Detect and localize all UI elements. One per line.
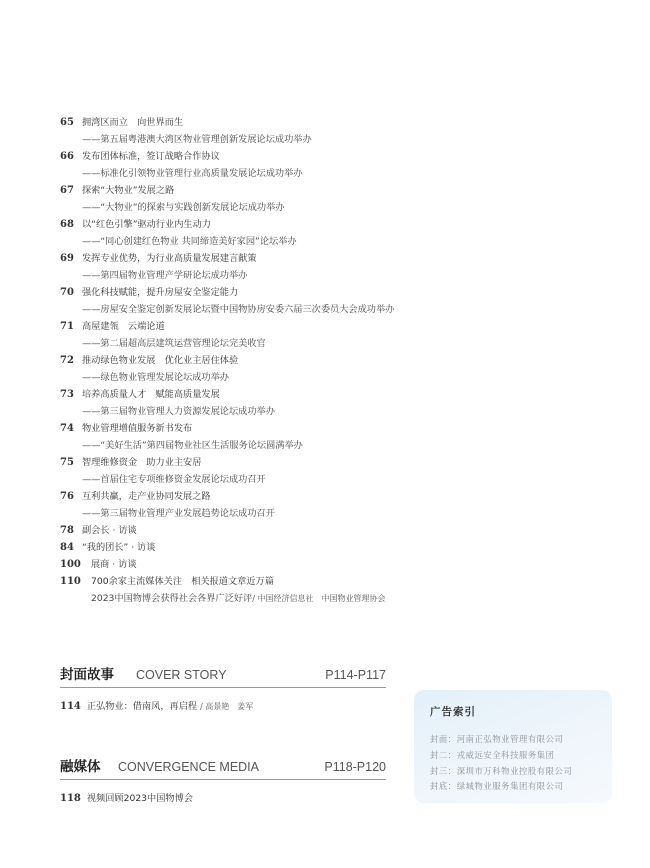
cover-story-item[interactable]: 114正弘物业：借南风，再启程 / 高景艳 姜军 [60, 698, 386, 712]
page-number: 78 [60, 522, 74, 539]
toc-entry[interactable]: 65拥湾区而立 向世界而生 [60, 114, 420, 131]
entry-title: 发挥专业优势，为行业高质量发展建言献策 [82, 250, 257, 267]
section-title-en: CONVERGENCE MEDIA [118, 760, 259, 774]
entry-title: 副会长 · 访谈 [82, 522, 137, 539]
entry-subtitle: ——绿色物业管理发展论坛成功举办 [82, 372, 229, 383]
toc-subtitle-row: ——“大物业”的探索与实践创新发展论坛成功举办 [60, 199, 420, 216]
entry-title: 物业管理增值服务新书发布 [82, 420, 192, 437]
entry-title: 强化科技赋能，提升房屋安全鉴定能力 [82, 284, 238, 301]
entry-title: 互利共赢，走产业协同发展之路 [82, 488, 211, 505]
toc-subtitle-row: ——“美好生活”第四届物业社区生活服务论坛圆满举办 [60, 437, 420, 454]
entry-title: 拥湾区而立 向世界而生 [82, 114, 183, 131]
page-number: 68 [60, 216, 74, 233]
toc-subtitle-row: ——首届住宅专项维修资金发展论坛成功召开 [60, 471, 420, 488]
entry-subtitle: ——第三届物业管理人力资源发展论坛成功举办 [82, 406, 275, 417]
entry-title: 以“红色引擎”驱动行业内生动力 [82, 216, 211, 233]
toc-entry[interactable]: 66发布团体标准，签订战略合作协议 [60, 148, 420, 165]
entry-subtitle: ——首届住宅专项维修资金发展论坛成功召开 [82, 474, 266, 485]
page-number: 69 [60, 250, 74, 267]
section-pages: P118-P120 [324, 760, 386, 774]
toc-entry[interactable]: 68以“红色引擎”驱动行业内生动力 [60, 216, 420, 233]
entry-subtitle: 2023中国物博会获得社会各界广泛好评 [91, 593, 252, 604]
entry-subtitle: ——第五届粤港澳大湾区物业管理创新发展论坛成功举办 [82, 134, 312, 145]
entry-title: 智理维修资金 助力业主安居 [82, 454, 201, 471]
ad-index-item: 封三：深圳市万科物业控股有限公司 [430, 764, 572, 780]
entry-title: 展商 · 访谈 [91, 556, 137, 573]
convergence-media-header: 融媒体 CONVERGENCE MEDIA P118-P120 [60, 755, 386, 780]
toc-entry[interactable]: 78副会长 · 访谈 [60, 522, 420, 539]
entry-title: 探索“大物业”发展之路 [82, 182, 174, 199]
page-number: 110 [60, 573, 81, 590]
entry-subtitle: ——标准化引领物业管理行业高质量发展论坛成功举办 [82, 168, 303, 179]
article-author: / 高景艳 姜军 [200, 702, 253, 711]
table-of-contents: 65拥湾区而立 向世界而生——第五届粤港澳大湾区物业管理创新发展论坛成功举办66… [60, 114, 420, 607]
cover-story-section: 封面故事 COVER STORY P114-P117 114正弘物业：借南风，再… [60, 663, 386, 712]
entry-title: 700余家主流媒体关注 相关报道文章近万篇 [91, 573, 274, 590]
page-number: 100 [60, 556, 81, 573]
toc-subtitle-row: ——第五届粤港澳大湾区物业管理创新发展论坛成功举办 [60, 131, 420, 148]
page-number: 73 [60, 386, 74, 403]
page-number: 74 [60, 420, 74, 437]
toc-entry[interactable]: 84“我的团长” · 访谈 [60, 539, 420, 556]
toc-entry[interactable]: 73培养高质量人才 赋能高质量发展 [60, 386, 420, 403]
page-number: 84 [60, 539, 74, 556]
entry-subtitle: ——“大物业”的探索与实践创新发展论坛成功举办 [82, 202, 284, 213]
entry-subtitle: ——“同心创建红色物业 共同缔造美好家园”论坛举办 [82, 236, 297, 247]
ad-index-list: 封面：河南正弘物业管理有限公司 封二：戎威远安全科技服务集团 封三：深圳市万科物… [430, 732, 572, 795]
toc-entry[interactable]: 76互利共赢，走产业协同发展之路 [60, 488, 420, 505]
article-title: 正弘物业：借南风，再启程 [87, 701, 197, 712]
toc-subtitle-row: ——标准化引领物业管理行业高质量发展论坛成功举办 [60, 165, 420, 182]
entry-subtitle: ——“美好生活”第四届物业社区生活服务论坛圆满举办 [82, 440, 303, 451]
ad-index-title: 广告索引 [430, 704, 476, 719]
page-number: 70 [60, 284, 74, 301]
entry-title: 发布团体标准，签订战略合作协议 [82, 148, 220, 165]
toc-subtitle-row: ——“同心创建红色物业 共同缔造美好家园”论坛举办 [60, 233, 420, 250]
ad-index-item: 封面：河南正弘物业管理有限公司 [430, 732, 572, 748]
toc-entry[interactable]: 74物业管理增值服务新书发布 [60, 420, 420, 437]
toc-subtitle-row: 2023中国物博会获得社会各界广泛好评/ 中国经济信息社 中国物业管理协会 [60, 590, 420, 607]
toc-subtitle-row: ——第四届物业管理产学研论坛成功举办 [60, 267, 420, 284]
article-title: 视频回顾2023中国物博会 [87, 793, 193, 804]
entry-subtitle: ——第四届物业管理产学研论坛成功举办 [82, 270, 247, 281]
page-number: 66 [60, 148, 74, 165]
page-number: 71 [60, 318, 74, 335]
toc-subtitle-row: ——房屋安全鉴定创新发展论坛暨中国物协房安委六届三次委员大会成功举办 [60, 301, 420, 318]
page-number: 114 [60, 701, 81, 712]
toc-entry[interactable]: 69发挥专业优势，为行业高质量发展建言献策 [60, 250, 420, 267]
toc-subtitle-row: ——第二届超高层建筑运营管理论坛完美收官 [60, 335, 420, 352]
toc-entry[interactable]: 110700余家主流媒体关注 相关报道文章近万篇 [60, 573, 420, 590]
entry-subtitle: ——房屋安全鉴定创新发展论坛暨中国物协房安委六届三次委员大会成功举办 [82, 304, 394, 315]
toc-subtitle-row: ——第三届物业管理人力资源发展论坛成功举办 [60, 403, 420, 420]
page-number: 75 [60, 454, 74, 471]
toc-entry[interactable]: 100展商 · 访谈 [60, 556, 420, 573]
section-pages: P114-P117 [325, 668, 386, 682]
page-number: 72 [60, 352, 74, 369]
entry-title: “我的团长” · 访谈 [82, 539, 155, 556]
ad-index-item: 封二：戎威远安全科技服务集团 [430, 748, 572, 764]
ad-index-item: 封底：绿城物业服务集团有限公司 [430, 779, 572, 795]
toc-entry[interactable]: 67探索“大物业”发展之路 [60, 182, 420, 199]
entry-subtitle: ——第三届物业管理产业发展趋势论坛成功召开 [82, 508, 275, 519]
entry-title: 培养高质量人才 赋能高质量发展 [82, 386, 220, 403]
toc-entry[interactable]: 71高屋建瓴 云端论道 [60, 318, 420, 335]
section-title-en: COVER STORY [136, 668, 227, 682]
section-title-cn: 封面故事 [60, 663, 114, 683]
toc-subtitle-row: ——绿色物业管理发展论坛成功举办 [60, 369, 420, 386]
toc-entry[interactable]: 72推动绿色物业发展 优化业主居住体验 [60, 352, 420, 369]
cover-story-header: 封面故事 COVER STORY P114-P117 [60, 663, 386, 688]
page-number: 118 [60, 793, 81, 804]
page-number: 67 [60, 182, 74, 199]
toc-subtitle-row: ——第三届物业管理产业发展趋势论坛成功召开 [60, 505, 420, 522]
page-number: 76 [60, 488, 74, 505]
toc-entry[interactable]: 70强化科技赋能，提升房屋安全鉴定能力 [60, 284, 420, 301]
toc-entry[interactable]: 75智理维修资金 助力业主安居 [60, 454, 420, 471]
convergence-media-item[interactable]: 118视频回顾2023中国物博会 [60, 790, 386, 804]
entry-title: 高屋建瓴 云端论道 [82, 318, 165, 335]
entry-title: 推动绿色物业发展 优化业主居住体验 [82, 352, 238, 369]
convergence-media-section: 融媒体 CONVERGENCE MEDIA P118-P120 118视频回顾2… [60, 755, 386, 804]
entry-author: / 中国经济信息社 中国物业管理协会 [252, 594, 385, 603]
page-number: 65 [60, 114, 74, 131]
section-title-cn: 融媒体 [60, 755, 101, 775]
ad-index-box: 广告索引 封面：河南正弘物业管理有限公司 封二：戎威远安全科技服务集团 封三：深… [414, 690, 612, 803]
entry-subtitle: ——第二届超高层建筑运营管理论坛完美收官 [82, 338, 266, 349]
